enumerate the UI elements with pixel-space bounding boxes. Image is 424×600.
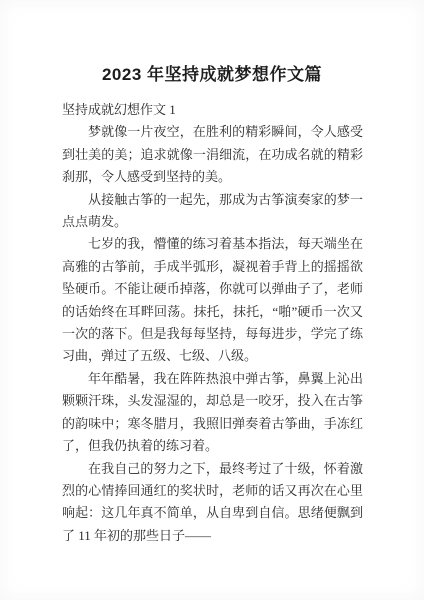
essay-paragraph: 梦就像一片夜空，在胜利的精彩瞬间，令人感受到壮美的美；追求就像一涓细流，在功成名… (62, 121, 363, 188)
essay-paragraph: 年年酷暑，我在阵阵热浪中弹古筝，鼻翼上沁出颗颗汗珠，头发湿湿的，却总是一咬牙，投… (62, 368, 363, 458)
essay-body: 坚持成就幻想作文 1 梦就像一片夜空，在胜利的精彩瞬间，令人感受到壮美的美；追求… (62, 99, 363, 547)
essay-title: 2023 年坚持成就梦想作文篇 (0, 62, 424, 88)
essay-subtitle: 坚持成就幻想作文 1 (62, 99, 363, 121)
essay-paragraph: 七岁的我，懵懂的练习着基本指法，每天端坐在高雅的古筝前，手成半弧形，凝视着手背上… (62, 233, 363, 367)
document-page: 2023 年坚持成就梦想作文篇 坚持成就幻想作文 1 梦就像一片夜空，在胜利的精… (0, 0, 424, 600)
essay-paragraph: 在我自己的努力之下，最终考过了十级，怀着激烈的心情捧回通红的奖状时，老师的话又再… (62, 458, 363, 548)
essay-paragraph: 从接触古筝的一起先，那成为古筝演奏家的梦一点点萌发。 (62, 189, 363, 234)
